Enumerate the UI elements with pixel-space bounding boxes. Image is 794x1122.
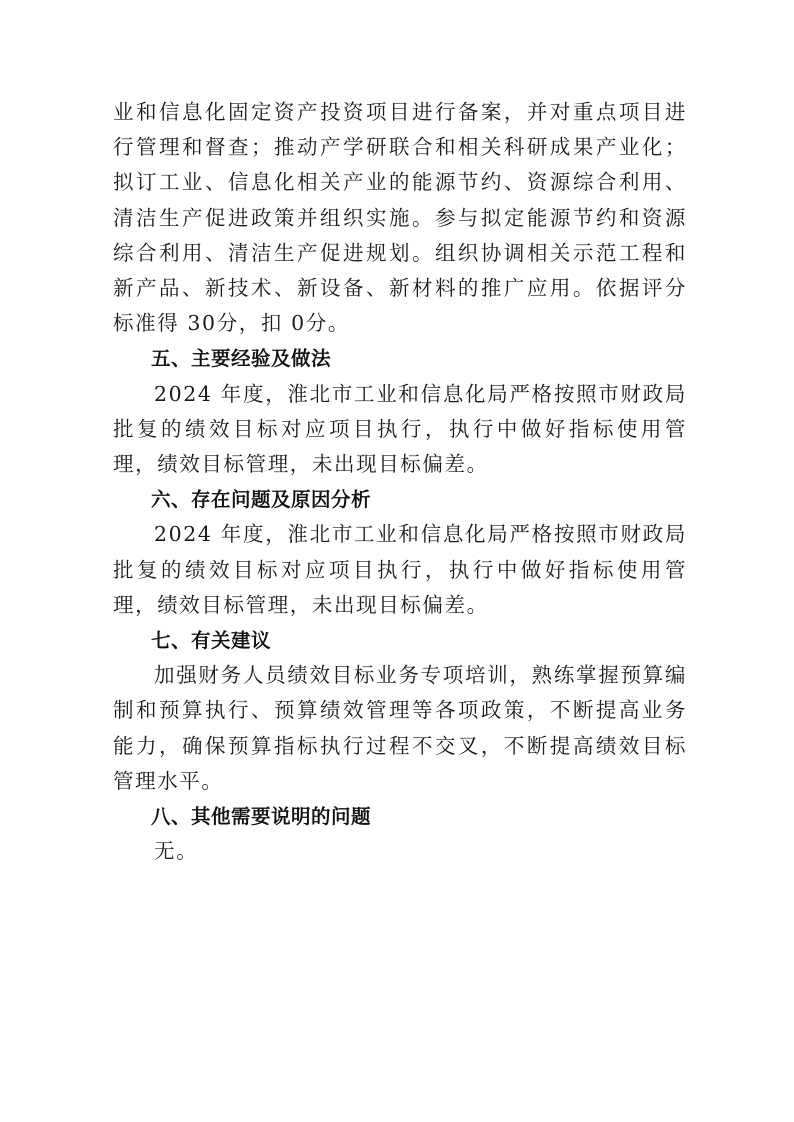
section-heading-other: 八、其他需要说明的问题	[113, 799, 687, 834]
intro-paragraph: 业和信息化固定资产投资项目进行备案，并对重点项目进行管理和督查；推动产学研联合和…	[113, 95, 687, 341]
section-heading-experience: 五、主要经验及做法	[113, 341, 687, 376]
document-page: 业和信息化固定资产投资项目进行备案，并对重点项目进行管理和督查；推动产学研联合和…	[113, 95, 687, 869]
section-heading-suggestions: 七、有关建议	[113, 623, 687, 658]
section-body-other: 无。	[113, 834, 687, 869]
section-body-suggestions: 加强财务人员绩效目标业务专项培训，熟练掌握预算编制和预算执行、预算绩效管理等各项…	[113, 658, 687, 799]
section-body-problems: 2024 年度，淮北市工业和信息化局严格按照市财政局批复的绩效目标对应项目执行，…	[113, 517, 687, 623]
section-body-experience: 2024 年度，淮北市工业和信息化局严格按照市财政局批复的绩效目标对应项目执行，…	[113, 377, 687, 483]
section-heading-problems: 六、存在问题及原因分析	[113, 482, 687, 517]
